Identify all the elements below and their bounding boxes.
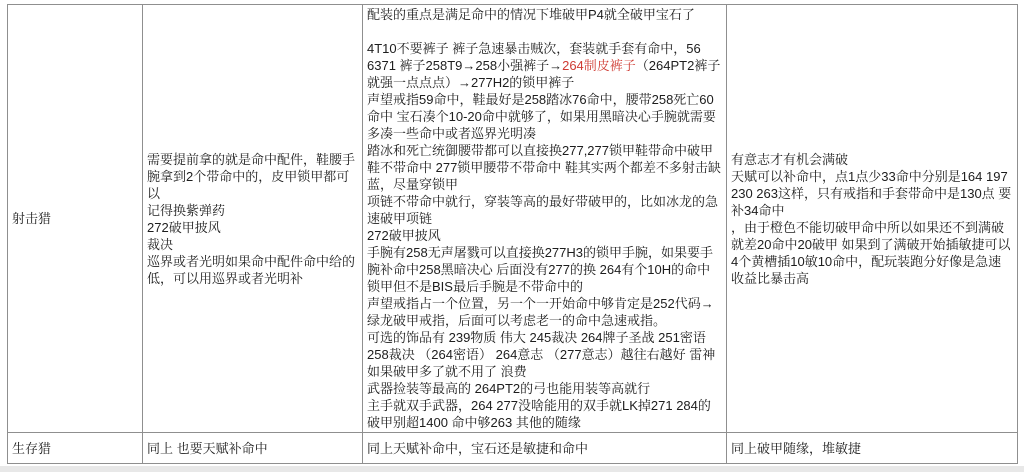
paragraph: 手腕有258无声屠戮可以直接换277H3的锁甲手腕，如果要手腕补命中258黑暗决… bbox=[367, 244, 722, 295]
paragraph: ，由于橙色不能切破甲命中所以如果还不到满破就差20命中20破甲 如果到了满破开始… bbox=[731, 219, 1013, 287]
cell-survival-hit-pieces: 同上 也要天赋补命中 bbox=[143, 433, 363, 464]
cell-survival-gearing-notes: 同上天赋补命中，宝石还是敏捷和命中 bbox=[363, 433, 727, 464]
paragraph: 同上 也要天赋补命中 bbox=[147, 440, 358, 457]
blank-line bbox=[367, 23, 722, 40]
paragraph: 272破甲披风 bbox=[147, 219, 358, 236]
paragraph: 声望戒指59命中，鞋最好是258踏冰76命中，腰带258死亡60命中 宝石凑个1… bbox=[367, 91, 722, 142]
highlighted-red-text: 264制皮裤子 bbox=[562, 58, 636, 73]
cell-survival-will-hit-notes: 同上破甲随缘，堆敏捷 bbox=[727, 433, 1018, 464]
paragraph: 同上天赋补命中，宝石还是敏捷和命中 bbox=[367, 440, 722, 457]
paragraph: 巡界或者光明如果命中配件命中给的低，可以用巡界或者光明补 bbox=[147, 253, 358, 287]
paragraph-with-highlight: 4T10不要裤子 裤子急速暴击贼次，套装就手套有命中，56 6371 裤子258… bbox=[367, 40, 722, 91]
cell-marksmanship-hit-pieces: 需要提前拿的就是命中配件，鞋腰手腕拿到2个带命中的，皮甲锁甲都可以 记得换紫弹药… bbox=[143, 5, 363, 433]
paragraph: 272破甲披风 bbox=[367, 227, 722, 244]
paragraph: 声望戒指占一个位置，另一个一开始命中够肯定是252代码→绿龙破甲戒指，后面可以考… bbox=[367, 295, 722, 329]
cell-spec-survival: 生存猎 bbox=[8, 433, 143, 464]
table-row-marksmanship: 射击猎 需要提前拿的就是命中配件，鞋腰手腕拿到2个带命中的，皮甲锁甲都可以 记得… bbox=[8, 5, 1018, 433]
paragraph: 武器捡装等最高的 264PT2的弓也能用装等高就行 bbox=[367, 380, 722, 397]
bottom-edge-strip bbox=[0, 466, 1024, 472]
paragraph: 裁决 bbox=[147, 236, 358, 253]
paragraph: 项链不带命中就行，穿装等高的最好带破甲的，比如冰龙的急速破甲项链 bbox=[367, 193, 722, 227]
paragraph: 天赋可以补命中，点1点少33命中分别是164 197 230 263这样，只有戒… bbox=[731, 168, 1013, 219]
spec-label-marksmanship: 射击猎 bbox=[12, 210, 138, 227]
paragraph: 踏冰和死亡统御腰带都可以直接换277,277锁甲鞋带命中破甲鞋不带命中 277锁… bbox=[367, 142, 722, 193]
cell-marksmanship-will-hit-notes: 有意志才有机会满破 天赋可以补命中，点1点少33命中分别是164 197 230… bbox=[727, 5, 1018, 433]
paragraph: 主手就双手武器，264 277没啥能用的双手就LK掉271 284的破甲别超14… bbox=[367, 397, 722, 431]
paragraph: 需要提前拿的就是命中配件，鞋腰手腕拿到2个带命中的，皮甲锁甲都可以 bbox=[147, 151, 358, 202]
table-row-survival: 生存猎 同上 也要天赋补命中 同上天赋补命中，宝石还是敏捷和命中 同上破甲随缘，… bbox=[8, 433, 1018, 464]
spec-label-survival: 生存猎 bbox=[12, 440, 138, 457]
paragraph: 记得换紫弹药 bbox=[147, 202, 358, 219]
paragraph: 有意志才有机会满破 bbox=[731, 151, 1013, 168]
cell-marksmanship-gearing-notes: 配装的重点是满足命中的情况下堆破甲P4就全破甲宝石了 4T10不要裤子 裤子急速… bbox=[363, 5, 727, 433]
paragraph: 配装的重点是满足命中的情况下堆破甲P4就全破甲宝石了 bbox=[367, 6, 722, 23]
paragraph: 同上破甲随缘，堆敏捷 bbox=[731, 440, 1013, 457]
cell-spec-marksmanship: 射击猎 bbox=[8, 5, 143, 433]
page: 射击猎 需要提前拿的就是命中配件，鞋腰手腕拿到2个带命中的，皮甲锁甲都可以 记得… bbox=[0, 0, 1024, 472]
paragraph: 可选的饰品有 239物质 伟大 245裁决 264牌子圣战 251密语 258裁… bbox=[367, 329, 722, 380]
hunter-gear-table: 射击猎 需要提前拿的就是命中配件，鞋腰手腕拿到2个带命中的，皮甲锁甲都可以 记得… bbox=[7, 4, 1018, 464]
